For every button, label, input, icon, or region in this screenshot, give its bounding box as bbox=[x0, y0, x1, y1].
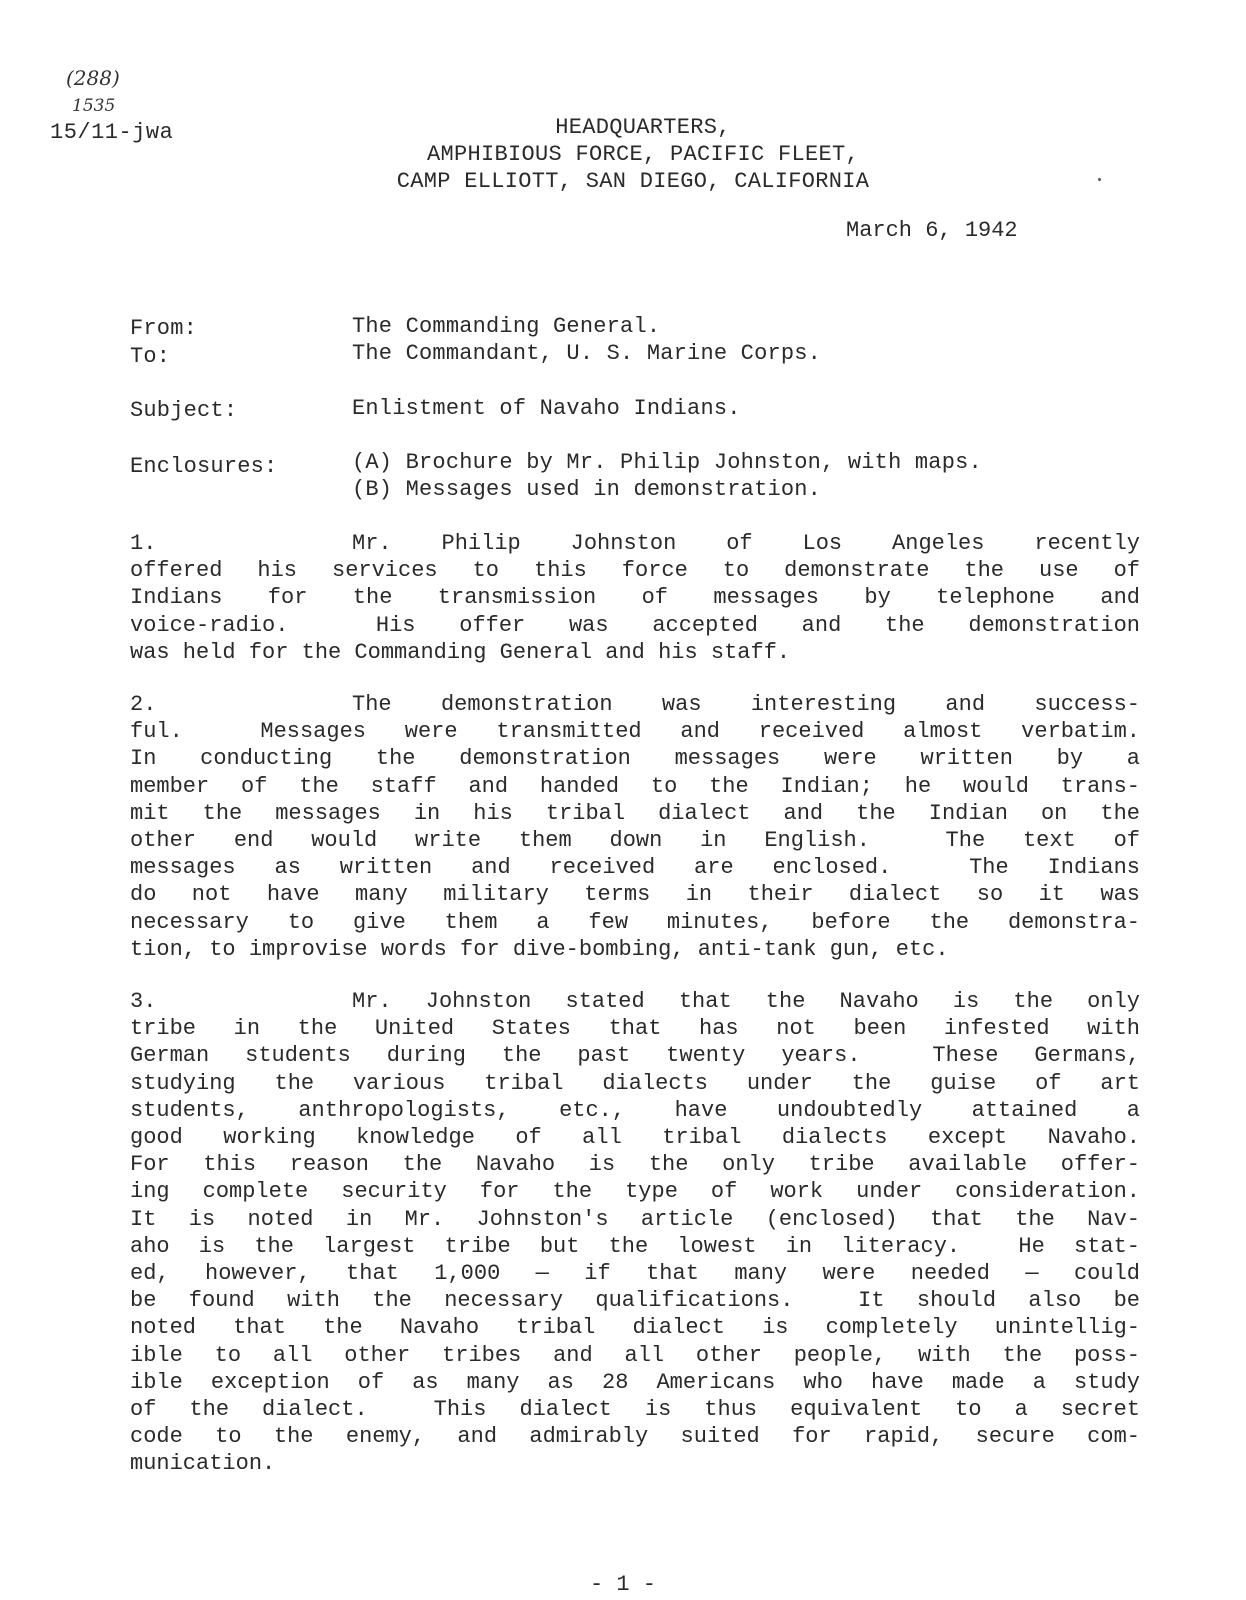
subject-value: Enlistment of Navaho Indians. bbox=[352, 396, 741, 421]
paragraph-line: studying the various tribal dialects und… bbox=[130, 1070, 1140, 1097]
letterhead-line-2: AMPHIBIOUS FORCE, PACIFIC FLEET, bbox=[0, 141, 1246, 168]
paragraph-line: other end would write them down in Engli… bbox=[130, 827, 1140, 854]
paragraph-line: of the dialect. This dialect is thus equ… bbox=[130, 1396, 1140, 1423]
paragraph-line: students, anthropologists, etc., have un… bbox=[130, 1097, 1140, 1124]
enclosures-label: Enclosures: bbox=[130, 454, 277, 479]
paragraph-line: was held for the Commanding General and … bbox=[130, 639, 1140, 666]
paragraph-line: tribe in the United States that has not … bbox=[130, 1015, 1140, 1042]
paragraph-line: 2.The demonstration was interesting and … bbox=[130, 691, 1140, 718]
letter-page: (288) 1535 15/11-jwa HEADQUARTERS, AMPHI… bbox=[0, 0, 1246, 1600]
paragraph-line: 1.Mr. Philip Johnston of Los Angeles rec… bbox=[130, 530, 1140, 557]
paragraph-line: Indians for the transmission of messages… bbox=[130, 584, 1140, 611]
paragraph-line: good working knowledge of all tribal dia… bbox=[130, 1124, 1140, 1151]
paragraph-line: ing complete security for the type of wo… bbox=[130, 1178, 1140, 1205]
handwritten-annotation-2: 1535 bbox=[72, 96, 115, 116]
letter-date: March 6, 1942 bbox=[846, 218, 1018, 243]
handwritten-annotation-1: (288) bbox=[66, 66, 120, 90]
paragraph-line: In conducting the demonstration messages… bbox=[130, 745, 1140, 772]
paragraph-line: necessary to give them a few minutes, be… bbox=[130, 909, 1140, 936]
paragraph-line: It is noted in Mr. Johnston's article (e… bbox=[130, 1206, 1140, 1233]
paragraph-line: voice-radio. His offer was accepted and … bbox=[130, 612, 1140, 639]
paragraph-line: ible to all other tribes and all other p… bbox=[130, 1342, 1140, 1369]
paragraph-line: code to the enemy, and admirably suited … bbox=[130, 1423, 1140, 1450]
paragraph-line: offered his services to this force to de… bbox=[130, 557, 1140, 584]
paragraph-line: member of the staff and handed to the In… bbox=[130, 773, 1140, 800]
enclosure-b: (B) Messages used in demonstration. bbox=[352, 477, 821, 502]
paragraph-line: messages as written and received are enc… bbox=[130, 854, 1140, 881]
paragraph-3: 3.Mr. Johnston stated that the Navaho is… bbox=[130, 988, 1140, 1478]
paragraph-line: ful. Messages were transmitted and recei… bbox=[130, 718, 1140, 745]
paragraph-line: tion, to improvise words for dive-bombin… bbox=[130, 936, 1140, 963]
paragraph-line: munication. bbox=[130, 1450, 1140, 1477]
paragraph-line: 3.Mr. Johnston stated that the Navaho is… bbox=[130, 988, 1140, 1015]
enclosure-a: (A) Brochure by Mr. Philip Johnston, wit… bbox=[352, 450, 982, 475]
page-number: - 1 - bbox=[0, 1572, 1246, 1597]
paragraph-number: 3. bbox=[130, 988, 240, 1015]
paragraph-line: For this reason the Navaho is the only t… bbox=[130, 1151, 1140, 1178]
paragraph-line: mit the messages in his tribal dialect a… bbox=[130, 800, 1140, 827]
speck-mark bbox=[1098, 178, 1101, 181]
paragraph-line: aho is the largest tribe but the lowest … bbox=[130, 1233, 1140, 1260]
from-value: The Commanding General. bbox=[352, 314, 660, 339]
to-label: To: bbox=[130, 344, 170, 369]
paragraph-line: German students during the past twenty y… bbox=[130, 1042, 1140, 1069]
letterhead-line-1: HEADQUARTERS, bbox=[0, 114, 1246, 141]
paragraph-number: 1. bbox=[130, 530, 240, 557]
paragraph-line: do not have many military terms in their… bbox=[130, 881, 1140, 908]
paragraph-line: noted that the Navaho tribal dialect is … bbox=[130, 1314, 1140, 1341]
paragraph-line: ible exception of as many as 28 American… bbox=[130, 1369, 1140, 1396]
paragraph-1: 1.Mr. Philip Johnston of Los Angeles rec… bbox=[130, 530, 1140, 666]
to-value: The Commandant, U. S. Marine Corps. bbox=[352, 341, 821, 366]
letterhead-line-3: CAMP ELLIOTT, SAN DIEGO, CALIFORNIA bbox=[0, 168, 1246, 195]
paragraph-line: ed, however, that 1,000 — if that many w… bbox=[130, 1260, 1140, 1287]
paragraph-line: be found with the necessary qualificatio… bbox=[130, 1287, 1140, 1314]
paragraph-number: 2. bbox=[130, 691, 240, 718]
paragraph-2: 2.The demonstration was interesting and … bbox=[130, 691, 1140, 963]
subject-label: Subject: bbox=[130, 398, 237, 423]
from-label: From: bbox=[130, 316, 197, 341]
